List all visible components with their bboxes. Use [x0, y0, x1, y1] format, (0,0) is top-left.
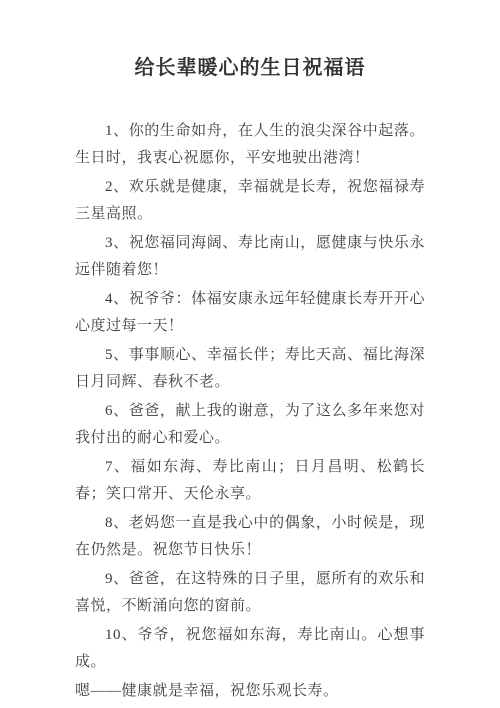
document-body: 1、你的生命如舟，在人生的浪尖深谷中起落。生日时，我衷心祝愿你，平安地驶出港湾！… [75, 118, 425, 705]
wish-item-2: 2、欢乐就是健康，幸福就是长寿，祝您福禄寿三星高照。 [75, 174, 425, 228]
wish-item-6: 6、爸爸，献上我的谢意，为了这么多年来您对我付出的耐心和爱心。 [75, 398, 425, 452]
wish-item-7: 7、福如东海、寿比南山；日月昌明、松鹤长春；笑口常开、天伦永享。 [75, 454, 425, 508]
wish-item-5: 5、事事顺心、幸福长伴；寿比天高、福比海深日月同辉、春秋不老。 [75, 342, 425, 396]
wish-item-10: 10、爷爷，祝您福如东海，寿比南山。心想事成。 [75, 622, 425, 676]
wish-item-9: 9、爸爸，在这特殊的日子里，愿所有的欢乐和喜悦，不断涌向您的窗前。 [75, 566, 425, 620]
wish-item-3: 3、祝您福同海阔、寿比南山，愿健康与快乐永远伴随着您！ [75, 230, 425, 284]
closing-line: 嗯——健康就是幸福，祝您乐观长寿。 [75, 678, 425, 705]
wish-item-4: 4、祝爷爷：体福安康永远年轻健康长寿开开心心度过每一天！ [75, 286, 425, 340]
wish-item-1: 1、你的生命如舟，在人生的浪尖深谷中起落。生日时，我衷心祝愿你，平安地驶出港湾！ [75, 118, 425, 172]
document-page: 给长辈暖心的生日祝福语 1、你的生命如舟，在人生的浪尖深谷中起落。生日时，我衷心… [0, 0, 500, 708]
page-title: 给长辈暖心的生日祝福语 [75, 54, 425, 82]
wish-item-8: 8、老妈您一直是我心中的偶象，小时候是，现在仍然是。祝您节日快乐！ [75, 510, 425, 564]
